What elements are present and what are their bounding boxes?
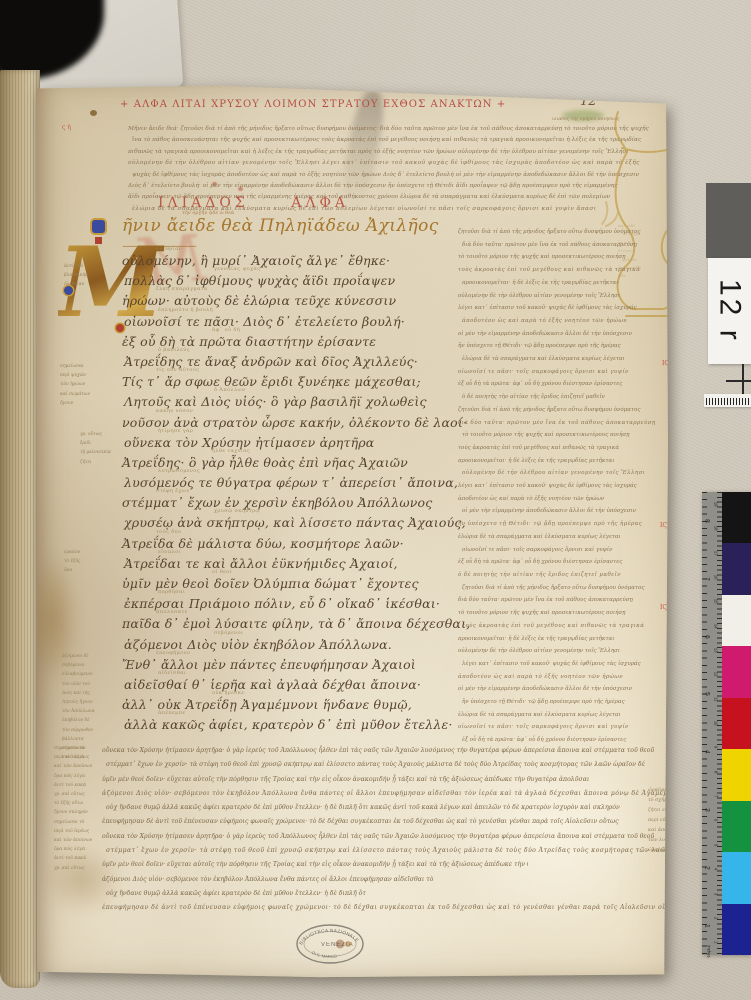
parchment-page: + ΑΛΦΑ ΛΙΤΑΙ ΧΡΥΣΟΥ ΛΟΙΜΟΝ ΣΤΡΑΤΟΥ ΕΧΘΟΣ… — [34, 84, 668, 978]
interlinear-gloss: κακὴν νόσον — [156, 408, 193, 414]
interlinear-gloss: τοὺς δύο — [156, 529, 181, 535]
interlinear-gloss: οἱ θεοί — [212, 569, 232, 575]
millimeter-ruler-strip — [704, 394, 751, 407]
calibration-ruler: 87654321 19181716151413121110987654321 i… — [702, 492, 722, 955]
manuscript-photo: + ΑΛΦΑ ΛΙΤΑΙ ΧΡΥΣΟΥ ΛΟΙΜΟΝ ΣΤΡΑΤΟΥ ΕΧΘΟΣ… — [0, 0, 751, 1000]
interlinear-gloss: στέφη ἔχων — [156, 488, 190, 494]
verse-line: ἀπολύσατε παῖδα δ᾽ ἐμοὶ λύσαιτε φίλην, τ… — [122, 613, 478, 633]
interlinear-gloss: ἦλθε ταχείας — [212, 448, 250, 454]
interlinear-gloss: ἐπληροῦτο ἡ βουλή — [158, 307, 213, 313]
ruler-inches-label: inches — [707, 945, 712, 957]
book-summary-rubric: + ΑΛΦΑ ΛΙΤΑΙ ΧΡΥΣΟΥ ΛΟΙΜΟΝ ΣΤΡΑΤΟΥ ΕΧΘΟΣ… — [120, 99, 560, 110]
color-calibration-bar: 87654321 19181716151413121110987654321 i… — [702, 492, 751, 955]
book-heading: ΙΛΙΑΔΟΣ ΑΛΦΑ — [158, 195, 349, 211]
left-margin-gloss: γρ. οὕτωςἔριδιτῇ φιλονεικίᾳζήτει — [80, 430, 120, 467]
interlinear-gloss: ὁ βασιλεύς — [158, 347, 190, 353]
color-patch — [722, 492, 751, 543]
interlinear-gloss: αἰδεῖσθαι — [158, 670, 186, 676]
interlinear-gloss: εὔοπλοι — [158, 549, 181, 555]
bottom-right-gloss-column: ὡραῖον πάνυτὸ σχῆμα τοῦτοζήτει εἰς τὸπερ… — [648, 786, 668, 856]
interlinear-gloss: ἀπέπεμπε — [158, 710, 185, 716]
verse-line: ἐπληροῦτο ἡ βουλή οἰωνοῖσί τε πᾶσι· Διὸς… — [124, 311, 480, 331]
gray-reference-card — [706, 183, 751, 258]
interlinear-gloss: ὁ Ἀπόλλων — [214, 387, 246, 393]
left-margin-gloss: ἀντὶ τοῦβλαπτικήνὀλεθρίαν — [64, 262, 118, 290]
interlinear-gloss: ἐπευφήμουν — [156, 650, 190, 656]
ruler-cm-numbers: 19181716151413121110987654321 — [714, 492, 719, 955]
verse-line: ἠτίμησε γάρ οὕνεκα τὸν Χρύσην ἠτίμασεν ἀ… — [124, 432, 480, 452]
ink-dot — [90, 110, 97, 116]
verse-line: ἀπέπεμπε ἀλλὰ κακῶς ἀφίει, κρατερὸν δ᾽ ἐ… — [124, 714, 480, 734]
initial-ornament-knot — [92, 220, 105, 233]
interlinear-gloss: ἀπολύσατε — [156, 609, 188, 615]
bottom-scholia-block: οὕνεκα τὸν Χρύσην ἠτίμασεν ἀρητῆρα· ὁ γὰ… — [102, 744, 668, 918]
verse-line: στέφη ἔχων στέμματ᾽ ἔχων ἐν χερσὶν ἑκηβό… — [122, 492, 478, 512]
folio-number-ink: 12 — [580, 94, 597, 109]
folio-label-text: 12 r — [713, 279, 747, 343]
red-marginal-mark: ΙϚ — [660, 604, 667, 611]
bottom-left-gloss-column: σημείωσαι τὸπερὶ τοῦ ἱερέωςκαὶ τῶν ἀποίν… — [54, 744, 100, 873]
red-marginal-mark: ΙϚ — [662, 360, 668, 367]
verse-line: τίς οὖν αὐτούς Τίς τ᾽ ἄρ σφωε θεῶν ἔριδι… — [122, 371, 478, 391]
library-stamp: BIBLIOTECA NAZIONALE VENEZIA DI S. MARCO — [294, 922, 366, 966]
svg-text:DI S. MARCO: DI S. MARCO — [311, 950, 338, 959]
interlinear-gloss: ἕλκη σπαράγματα — [156, 286, 208, 292]
interlinear-gloss: ἀφ᾽ οὗ δή — [212, 327, 240, 333]
interlinear-gloss: τὴν ὀργήν ᾆδε ὦ θεά — [182, 210, 234, 216]
interlinear-gloss: λυτρωσόμενος — [158, 468, 200, 474]
registration-crosshair — [726, 364, 751, 398]
left-margin-gloss: ὡραῖοντὸ ἑξῆςὅρα — [64, 548, 118, 576]
interlinear-gloss: ἠτίμησε γάρ — [158, 428, 193, 434]
main-text-column: ὀλεθρίαν οὐλομένην, ἣ μυρί᾽ Ἀχαιοῖς ἄλγε… — [122, 250, 478, 735]
left-margin-gloss: σημείωσαιπερὶ ψυχῶντῶν ἡρώωνκαὶ σωμάτωνἤ… — [60, 362, 118, 408]
interlinear-gloss: τίς οὖν αὐτούς — [156, 367, 199, 373]
folio-reference-label: 12 r — [708, 258, 751, 364]
interlinear-gloss: πορθῆσαι — [158, 589, 185, 595]
right-scholia-column: ζητοῦσι διὰ τί ἀπὸ τῆς μήνιδος ἤρξατο οὕ… — [458, 226, 662, 748]
interlinear-gloss: σεβόμενοι — [214, 630, 243, 636]
marginal-rubric-mark: ϛ ή — [62, 124, 71, 131]
interlinear-gloss: γενναίας ψυχάς — [214, 266, 261, 272]
verse-line: εὔοπλοι Ἀτρεΐδαι τε καὶ ἄλλοι ἐϋκνήμιδες… — [124, 553, 480, 573]
interlinear-gloss: οὐκ ἤρεσκε — [212, 690, 244, 696]
verse-line: ὀλεθρίαν οὐλομένην, ἣ μυρί᾽ Ἀχαιοῖς ἄλγε… — [122, 250, 478, 270]
interlinear-gloss: ὀλεθρίαν — [156, 246, 182, 252]
red-marginal-mark: ΙϚ — [660, 522, 667, 529]
svg-text:VENEZIA: VENEZIA — [321, 942, 354, 948]
color-patch — [722, 904, 751, 955]
interlinear-gloss: χρυσῷ σκήπτρῳ — [214, 508, 260, 514]
verse-line: αἰδεῖσθαι αἰδεῖσθαί θ᾽ ἱερῆα καὶ ἀγλαὰ δ… — [124, 674, 480, 694]
